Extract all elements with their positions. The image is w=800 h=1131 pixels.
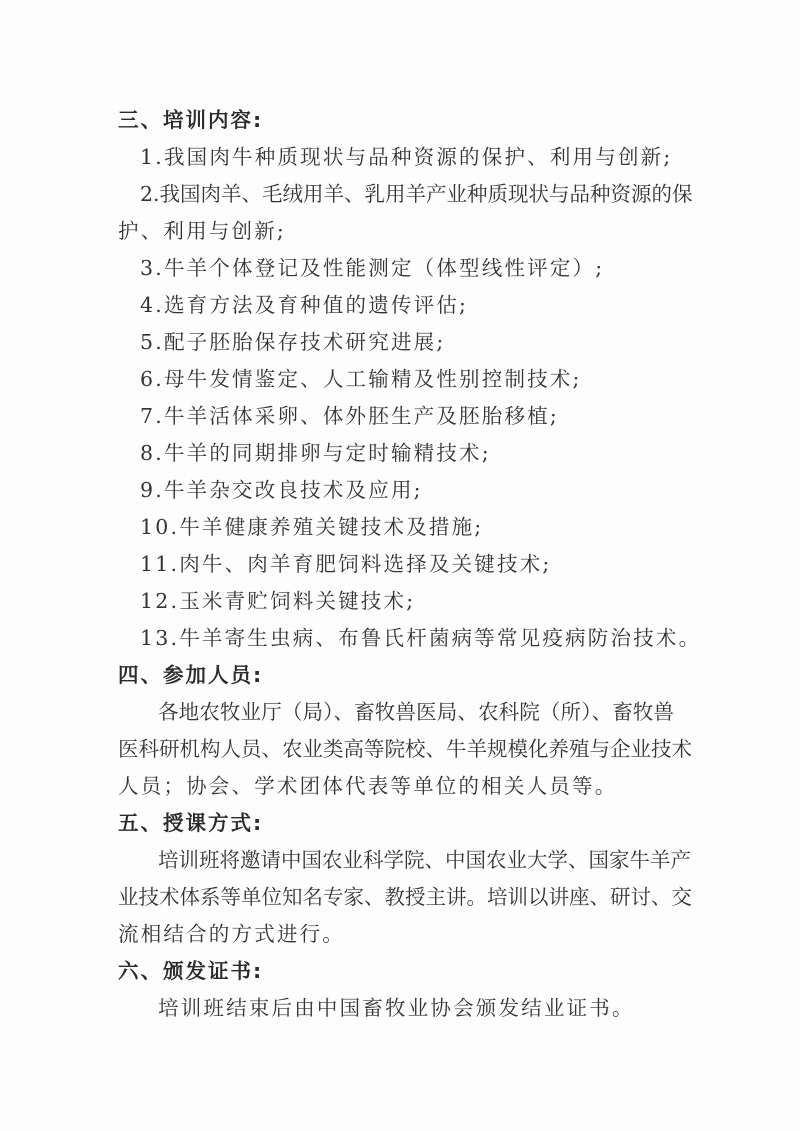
teaching-line-1: 培训班将邀请中国农业科学院、中国农业大学、国家牛羊产 [158,848,674,872]
section-4-heading: 四、参加人员: [118,663,678,687]
training-item-10: 10.牛羊健康养殖关键技术及措施; [140,515,700,539]
training-item-12: 12.玉米青贮饲料关键技术; [140,589,700,613]
training-item-3: 3.牛羊个体登记及性能测定（体型线性评定）; [140,256,700,280]
teaching-line-3: 流相结合的方式进行。 [118,922,678,946]
training-item-8: 8.牛羊的同期排卵与定时输精技术; [140,441,700,465]
participants-line-3: 人员；协会、学术团体代表等单位的相关人员等。 [118,774,678,798]
teaching-line-2: 业技术体系等单位知名专家、教授主讲。培训以讲座、研讨、交 [118,885,674,909]
section-5-heading: 五、授课方式: [118,811,678,835]
training-item-2: 2.我国肉羊、毛绒用羊、乳用羊产业种质现状与品种资源的保 [140,182,674,206]
training-item-13: 13.牛羊寄生虫病、布鲁氏杆菌病等常见疫病防治技术。 [140,626,700,650]
training-item-5: 5.配子胚胎保存技术研究进展; [140,330,700,354]
section-3-heading: 三、培训内容: [118,108,678,132]
certificate-line-1: 培训班结束后由中国畜牧业协会颁发结业证书。 [158,996,718,1020]
training-item-2-continued: 护、利用与创新; [118,219,678,243]
training-item-9: 9.牛羊杂交改良技术及应用; [140,478,700,502]
training-item-11: 11.肉牛、肉羊育肥饲料选择及关键技术; [140,552,700,576]
section-6-heading: 六、颁发证书: [118,959,678,983]
participants-line-2: 医科研机构人员、农业类高等院校、牛羊规模化养殖与企业技术 [118,737,674,761]
training-item-1: 1.我国肉牛种质现状与品种资源的保护、利用与创新; [140,145,700,169]
participants-line-1: 各地农牧业厅（局）、畜牧兽医局、农科院（所）、畜牧兽 [158,700,674,724]
document-page: 三、培训内容: 1.我国肉牛种质现状与品种资源的保护、利用与创新; 2.我国肉羊… [0,0,800,1131]
training-item-6: 6.母牛发情鉴定、人工输精及性别控制技术; [140,367,700,391]
training-item-7: 7.牛羊活体采卵、体外胚生产及胚胎移植; [140,404,700,428]
training-item-4: 4.选育方法及育种值的遗传评估; [140,293,700,317]
